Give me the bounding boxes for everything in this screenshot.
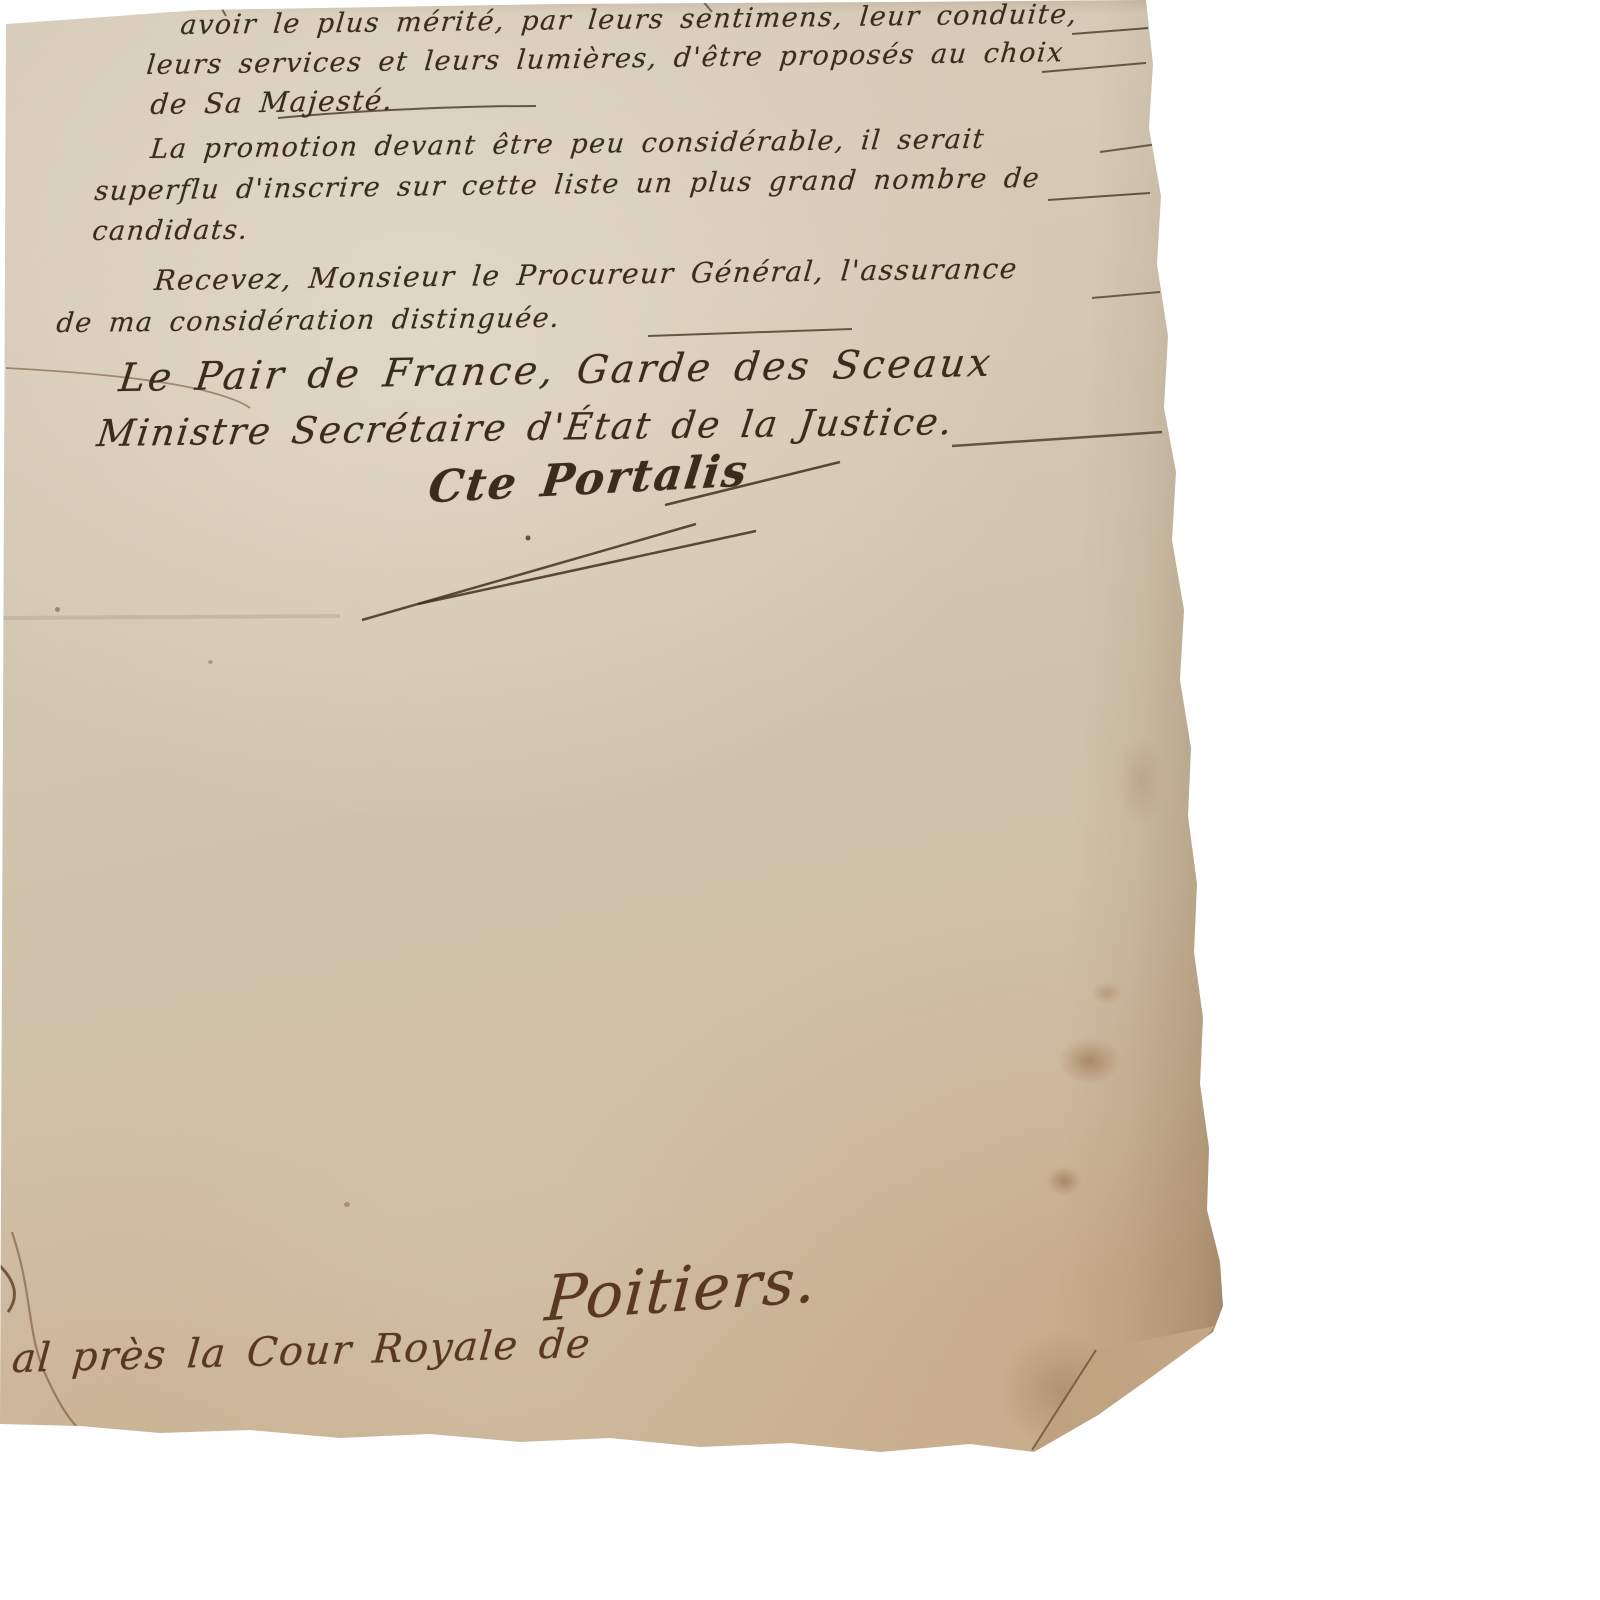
line-end-stroke — [1100, 144, 1158, 152]
letter-line-5: superflu d'inscrire sur cette liste un p… — [93, 163, 1042, 207]
ink-stain — [1092, 982, 1122, 1004]
signature-flourish — [362, 524, 696, 620]
crease-line — [0, 616, 340, 618]
line-end-stroke — [1048, 193, 1150, 200]
letter-line-10: Ministre Secrétaire d'État de la Justice… — [95, 400, 957, 455]
photo-canvas: avoir le plus mérité, par leurs sentimen… — [0, 0, 1600, 1600]
line-end-stroke — [1072, 28, 1148, 34]
letter-line-2: leurs services et leurs lumières, d'être… — [145, 37, 1065, 81]
ink-stain — [1118, 736, 1164, 826]
line-end-stroke — [1092, 292, 1160, 298]
crease-line — [12, 1232, 78, 1428]
letter-line-6: candidats. — [91, 215, 250, 247]
line-end-stroke — [648, 329, 852, 336]
cropped-line-fragment — [0, 1266, 14, 1312]
letter-line-8: de ma considération distinguée. — [55, 303, 562, 339]
paper-speck — [344, 1202, 350, 1207]
letter-line-7: Recevez, Monsieur le Procureur Général, … — [153, 252, 1019, 297]
ink-dot — [526, 536, 531, 541]
letter-line-3: de Sa Majesté. — [149, 84, 395, 121]
letter-line-9: Le Pair de France, Garde des Sceaux — [116, 341, 995, 401]
footer-place-name: Poitiers. — [543, 1243, 820, 1336]
ink-stain — [1046, 1166, 1082, 1196]
paper-speck — [208, 660, 213, 664]
letter-line-1: avoir le plus mérité, par leurs sentimen… — [179, 0, 1079, 41]
footer-fragment: al près la Cour Royale de — [10, 1321, 593, 1382]
paper-speck — [55, 607, 60, 612]
signature-flourish — [418, 531, 756, 604]
ink-stain — [1058, 1038, 1122, 1084]
letter-line-4: La promotion devant être peu considérabl… — [149, 124, 986, 165]
line-end-stroke — [952, 432, 1162, 446]
manuscript-page: avoir le plus mérité, par leurs sentimen… — [0, 0, 1240, 1560]
signature: Cte Portalis — [426, 445, 752, 513]
